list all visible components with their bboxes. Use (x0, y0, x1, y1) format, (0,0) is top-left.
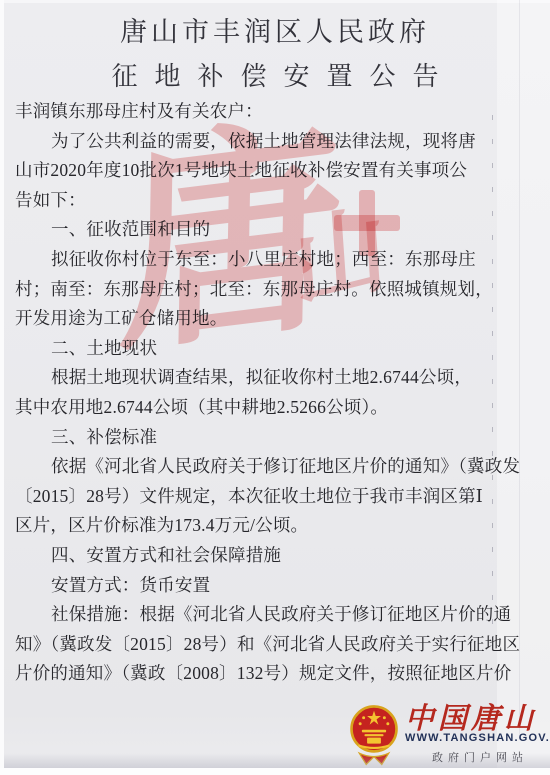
portal-brand-text: 中国唐山 (405, 696, 537, 737)
doc-line: 村；南至：东那母庄村；北至：东那母庄村。依照城镇规划， (15, 275, 495, 305)
doc-line: 其中农用地2.6744公顷（其中耕地2.5266公顷）。 (15, 393, 495, 423)
scan-bottom-shadow (4, 753, 550, 768)
doc-line: 片价的通知》（冀政〔2008〕132号）规定文件，按照征地区片价 (15, 659, 495, 689)
doc-line: 告如下： (15, 186, 495, 216)
scan-edge-left (0, 0, 4, 775)
doc-line: 依据《河北省人民政府关于修订征地区片价的通知》（冀政发 (15, 452, 495, 482)
doc-line: 〔2015〕28号）文件规定，本次征收土地位于我市丰润区第Ⅰ (15, 482, 495, 512)
doc-line: 根据土地现状调查结果，拟征收你村土地2.6744公顷， (15, 363, 495, 393)
doc-line: 为了公共利益的需要，依据土地管理法律法规，现将唐 (15, 127, 495, 157)
title-government-name: 唐山市丰润区人民政府 (0, 10, 550, 49)
doc-line-salutation: 丰润镇东那母庄村及有关农户： (15, 97, 495, 127)
doc-section-3-heading: 三、补偿标准 (15, 423, 495, 453)
portal-url-text: WWW.TANGSHAN.GOV.CN (405, 732, 550, 744)
doc-line: 开发用途为工矿仓储用地。 (15, 304, 495, 334)
doc-line: 拟征收你村位于东至：小八里庄村地；西至：东那母庄 (15, 245, 495, 275)
doc-line: 山市2020年度10批次1号地块土地征收补偿安置有关事项公 (15, 156, 495, 186)
doc-line: 社保措施：根据《河北省人民政府关于修订征地区片价的通 (15, 600, 495, 630)
document-body: 丰润镇东那母庄村及有关农户： 为了公共利益的需要，依据土地管理法律法规，现将唐 … (15, 97, 495, 689)
doc-section-2-heading: 二、土地现状 (15, 334, 495, 364)
doc-section-1-heading: 一、征收范围和目的 (15, 215, 495, 245)
document-title: 唐山市丰润区人民政府 征地补偿安置公告 (0, 10, 550, 93)
scanned-announcement-page: 唐山市丰润区人民政府 征地补偿安置公告 丰润镇东那母庄村及有关农户： 为了公共利… (0, 0, 550, 775)
title-announcement-name: 征地补偿安置公告 (0, 56, 550, 93)
doc-line: 安置方式：货币安置 (15, 571, 495, 601)
scan-artifact-line-faint (519, 0, 520, 740)
doc-section-4-heading: 四、安置方式和社会保障措施 (15, 541, 495, 571)
doc-line: 区片，区片价标准为173.4万元/公顷。 (15, 511, 495, 541)
scan-edge-top (0, 0, 550, 3)
doc-line: 知》（冀政发〔2015〕28号）和《河北省人民政府关于实行征地区 (15, 630, 495, 660)
scan-edge-bottom (0, 768, 550, 775)
scan-right-light-column (497, 0, 550, 775)
